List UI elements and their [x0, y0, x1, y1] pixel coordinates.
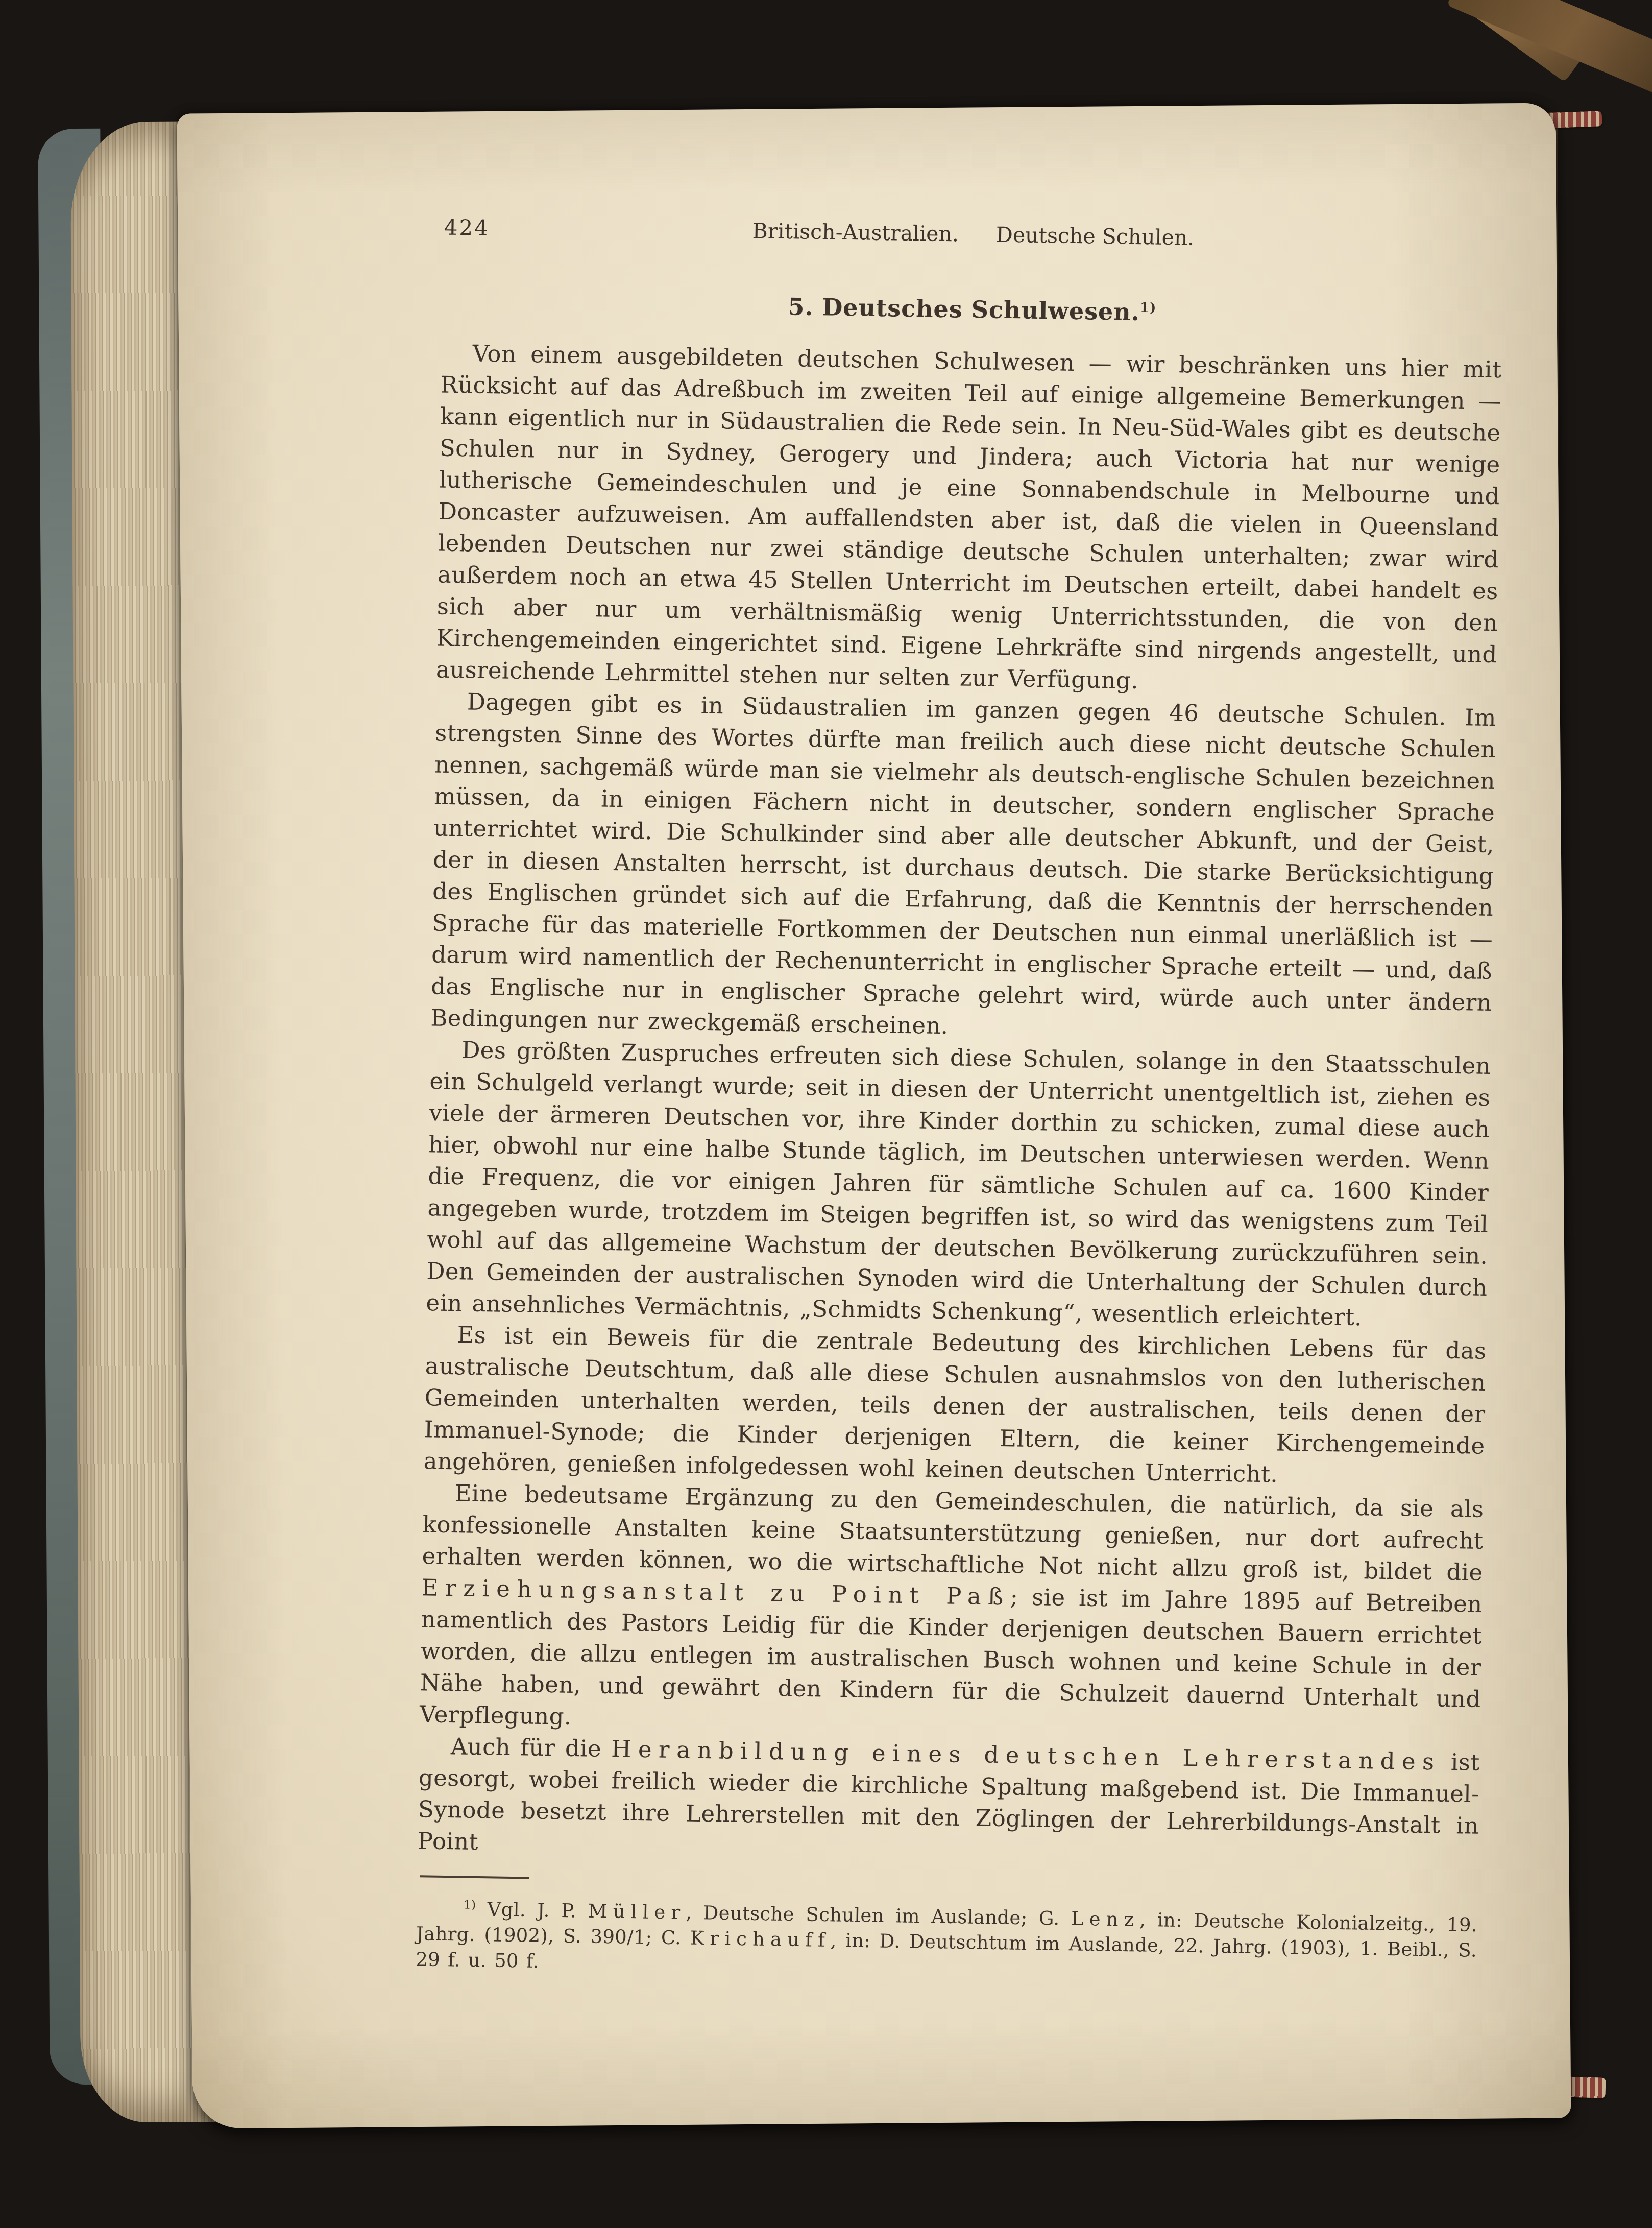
- paragraph: Dagegen gibt es in Südaustralien im ganz…: [430, 685, 1496, 1050]
- running-title-left: Britisch-Australien.: [752, 219, 959, 246]
- text-run: Vgl. J. P.: [476, 1898, 588, 1922]
- facing-page-sliver: [1557, 118, 1652, 2091]
- page-header: 424 Britisch-Australien. Deutsche Schule…: [443, 214, 1504, 260]
- emphasis-text: Lenz: [1071, 1908, 1140, 1931]
- text-run: Dagegen gibt es in Südaustralien im ganz…: [430, 688, 1496, 1039]
- emphasis-text: Krichauff: [690, 1927, 831, 1951]
- text-run: Es ist ein Beweis für die zentrale Bedeu…: [423, 1321, 1486, 1488]
- emphasis-text: Müller: [588, 1900, 686, 1924]
- emphasis-text: Erziehungsanstalt zu Point Paß: [421, 1574, 1010, 1610]
- section-heading-text: 5. Deutsches Schulwesen.: [788, 293, 1140, 326]
- text-column: 424 Britisch-Australien. Deutsche Schule…: [416, 214, 1504, 1990]
- footnote-rule: [420, 1875, 529, 1879]
- footnote: 1) Vgl. J. P. Müller, Deutsche Schulen i…: [416, 1891, 1477, 1989]
- text-run: Des größten Zuspruches erfreuten sich di…: [426, 1036, 1491, 1331]
- footnote-marker: 1): [464, 1899, 476, 1912]
- paragraph: Des größten Zuspruches erfreuten sich di…: [426, 1034, 1491, 1335]
- book-photo: 424 Britisch-Australien. Deutsche Schule…: [0, 0, 1652, 2228]
- paragraph: Es ist ein Beweis für die zentrale Bedeu…: [423, 1319, 1487, 1494]
- text-run: , Deutsche Schulen im Auslande; G.: [686, 1902, 1072, 1930]
- text-run: Eine bedeutsame Ergänzung zu den Gemeind…: [422, 1479, 1484, 1586]
- running-title-right: Deutsche Schulen.: [996, 223, 1195, 250]
- body-text: Von einem ausgebildeten deutschen Schulw…: [418, 338, 1502, 1874]
- section-heading: 5. Deutsches Schulwesen.1): [442, 288, 1503, 332]
- book-page: 424 Britisch-Australien. Deutsche Schule…: [177, 103, 1571, 2128]
- paragraph: Von einem ausgebildeten deutschen Schulw…: [436, 338, 1502, 703]
- running-title: Britisch-Australien. Deutsche Schulen.: [443, 214, 1503, 255]
- leather-fragment-icon: [1447, 0, 1652, 95]
- paragraph: Auch für die Heranbildung eines deutsche…: [418, 1730, 1480, 1874]
- paragraph: Eine bedeutsame Ergänzung zu den Gemeind…: [419, 1477, 1484, 1747]
- footnote-reference: 1): [1140, 300, 1157, 316]
- text-run: Von einem ausgebildeten deutschen Schulw…: [436, 340, 1502, 694]
- text-run: Auch für die: [451, 1733, 612, 1762]
